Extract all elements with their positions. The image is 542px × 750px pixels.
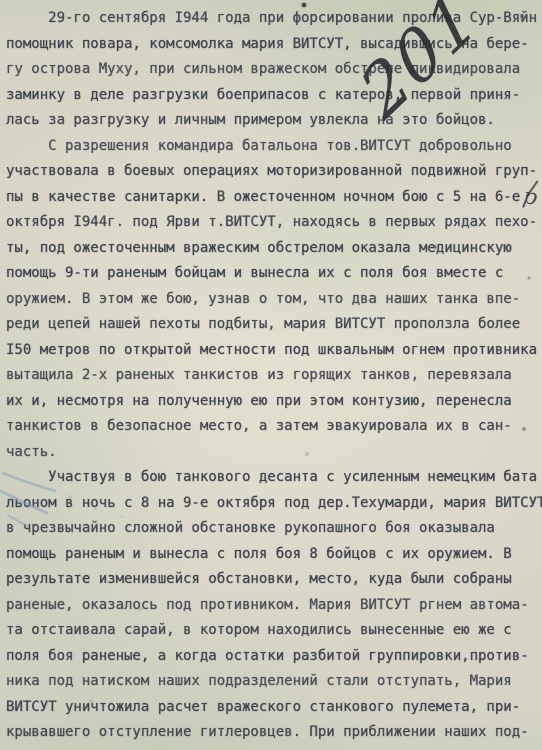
text-line: оружием. В этом же бою, узнав о том, что… <box>6 287 542 313</box>
text-line: результате изменившейся обстановки, мест… <box>6 567 542 593</box>
text-line: вытащила 2-х раненых танкистов из горящи… <box>6 363 542 389</box>
text-line: С разрешения командира батальона тов.ВИТ… <box>6 134 542 160</box>
scanned-document-page: 29-го сентября I944 года при форсировани… <box>0 0 542 750</box>
text-line: крывавшего отступление гитлеровцев. При … <box>6 720 542 746</box>
blue-pencil-scribble <box>0 455 150 555</box>
text-line: танкистов в безопасное место, а затем эв… <box>6 414 542 440</box>
text-line: I50 метров по открытой местности под шкв… <box>6 338 542 364</box>
text-line: октября I944г. под Ярви т.ВИТСУТ, находя… <box>6 210 542 236</box>
paper-specks <box>0 0 2 2</box>
text-line: ника под натиском наших подразделений ст… <box>6 669 542 695</box>
text-line: раненые, оказалось под противником. Мари… <box>6 593 542 619</box>
text-line: пы в качестве санитарки. В ожесточенном … <box>6 185 542 211</box>
text-line: помощь 9-ти раненым бойцам и вынесла их … <box>6 261 542 287</box>
text-line: реди цепей нашей пехоты подбиты, мария В… <box>6 312 542 338</box>
text-line: их и, несмотря на полученную ею при этом… <box>6 389 542 415</box>
text-line: та отстаивала сарай, в котором находилис… <box>6 618 542 644</box>
text-line: участвовала в боевых операциях моторизир… <box>6 159 542 185</box>
typewritten-text-block: 29-го сентября I944 года при форсировани… <box>6 6 542 746</box>
text-line: ВИТСУТ уничтожила расчет вражеского стан… <box>6 695 542 721</box>
text-line: лась за разгрузку и личным примером увле… <box>6 108 542 134</box>
text-line: ты, под ожесточенным вражеским обстрелом… <box>6 236 542 262</box>
text-line: заминку в деле разгрузки боеприпасов с к… <box>6 83 542 109</box>
text-line: поля боя раненые, а когда остатки разбит… <box>6 644 542 670</box>
